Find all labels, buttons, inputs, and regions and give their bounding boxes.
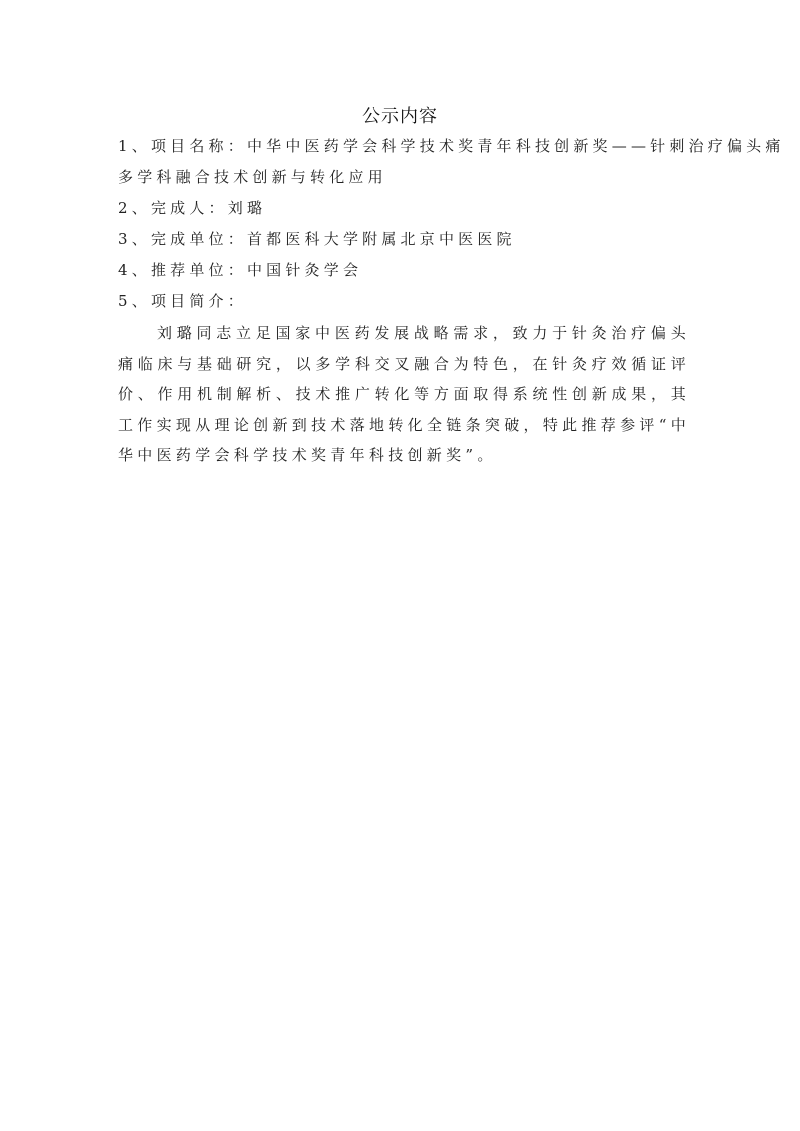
item-value: 刘璐 (228, 199, 266, 217)
item-completer: 2、完成人：刘璐 (118, 197, 266, 219)
item-completing-unit: 3、完成单位：首都医科大学附属北京中医医院 (118, 228, 516, 250)
item-value: 中国针灸学会 (247, 261, 362, 279)
item-label: 3、完成单位： (118, 230, 247, 248)
item-label: 4、推荐单位： (118, 261, 247, 279)
item-project-name-continued: 多学科融合技术创新与转化应用 (118, 166, 387, 188)
item-project-summary-heading: 5、项目简介： (118, 290, 247, 312)
page-title: 公示内容 (0, 104, 800, 130)
item-label: 1、项目名称： (118, 137, 247, 155)
item-label: 5、项目简介： (118, 292, 247, 310)
item-value: 首都医科大学附属北京中医医院 (247, 230, 516, 248)
document-page: 公示内容 1、项目名称：中华中医药学会科学技术奖青年科技创新奖——针刺治疗偏头痛… (0, 0, 800, 1131)
item-value: 中华中医药学会科学技术奖青年科技创新奖——针刺治疗偏头痛 (247, 137, 785, 155)
project-summary-paragraph: 刘璐同志立足国家中医药发展战略需求，致力于针灸治疗偏头痛临床与基础研究，以多学科… (118, 318, 690, 471)
item-recommending-unit: 4、推荐单位：中国针灸学会 (118, 259, 362, 281)
item-project-name: 1、项目名称：中华中医药学会科学技术奖青年科技创新奖——针刺治疗偏头痛 (118, 135, 785, 157)
item-label: 2、完成人： (118, 199, 228, 217)
